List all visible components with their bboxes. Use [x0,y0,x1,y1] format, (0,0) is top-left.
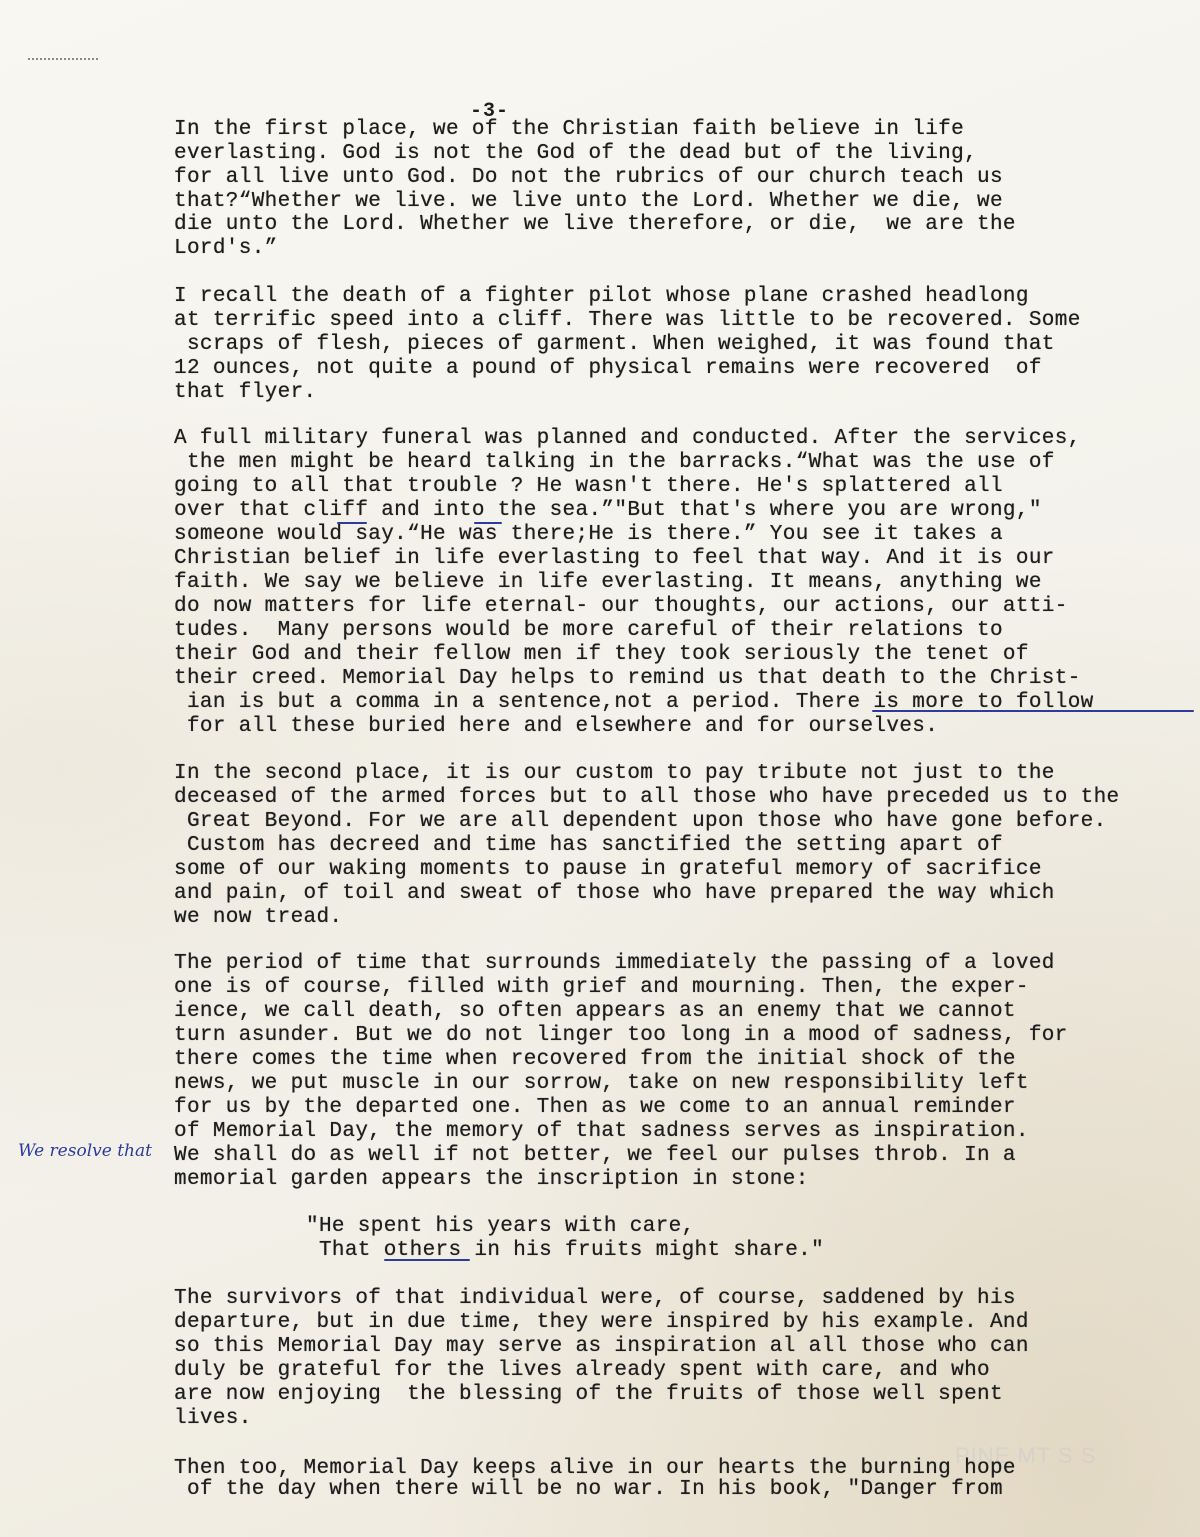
text-line: news, we put muscle in our sorrow, take … [174,1072,1029,1096]
edge-mark [28,58,98,62]
text-line: Christian belief in life everlasting to … [174,547,1055,571]
text-line: In the first place, we of the Christian … [174,118,964,142]
text-line: 12 ounces, not quite a pound of physical… [174,357,1042,381]
ink-underline [474,522,502,524]
text-line: Great Beyond. For we are all dependent u… [174,810,1107,834]
text-line: lives. [174,1407,252,1431]
text-line: ience, we call death, so often appears a… [174,1000,1016,1024]
document-page: -3- In the first place, we of the Christ… [0,0,1200,1537]
text-line: that flyer. [174,381,316,405]
text-line: someone would say.“He was there;He is th… [174,523,1003,547]
text-line: scraps of flesh, pieces of garment. When… [174,333,1055,357]
text-line: duly be grateful for the lives already s… [174,1359,990,1383]
text-line: We shall do as well if not better, we fe… [174,1144,1016,1168]
text-line: for us by the departed one. Then as we c… [174,1096,1016,1120]
text-line: and pain, of toil and sweat of those who… [174,882,1055,906]
text-line: for all live unto God. Do not the rubric… [174,166,1003,190]
text-line: there comes the time when recovered from… [174,1048,1016,1072]
text-line: turn asunder. But we do not linger too l… [174,1024,1068,1048]
margin-handwritten-note: We resolve that [18,1141,152,1161]
text-line: The period of time that surrounds immedi… [174,952,1055,976]
inscription-line: "He spent his years with care, [306,1215,695,1239]
text-line: deceased of the armed forces but to all … [174,786,1120,810]
text-line: some of our waking moments to pause in g… [174,858,1042,882]
text-line: Custom has decreed and time has sanctifi… [174,834,1003,858]
ink-underline [384,1259,470,1261]
text-line: their creed. Memorial Day helps to remin… [174,667,1081,691]
text-line: A full military funeral was planned and … [174,427,1081,451]
text-line: die unto the Lord. Whether we live there… [174,213,1016,237]
text-line: of Memorial Day, the memory of that sadn… [174,1120,1029,1144]
text-line: so this Memorial Day may serve as inspir… [174,1335,1029,1359]
text-line: do now matters for life eternal- our tho… [174,595,1068,619]
text-line: we now tread. [174,906,342,930]
text-line: memorial garden appears the inscription … [174,1168,809,1192]
text-line: departure, but in due time, they were in… [174,1311,1029,1335]
text-line: In the second place, it is our custom to… [174,762,1055,786]
text-line: one is of course, filled with grief and … [174,976,1029,1000]
text-line: for all these buried here and elsewhere … [174,715,938,739]
text-line: of the day when there will be no war. In… [174,1478,1003,1502]
text-line: are now enjoying the blessing of the fru… [174,1383,1003,1407]
text-line: that?“Whether we live. we live unto the … [174,190,1003,214]
ink-underline [337,522,367,524]
text-line: the men might be heard talking in the ba… [174,451,1055,475]
text-line: tudes. Many persons would be more carefu… [174,619,1003,643]
text-line: The survivors of that individual were, o… [174,1287,1016,1311]
text-line: I recall the death of a fighter pilot wh… [174,285,1029,309]
ink-underline [872,710,1194,712]
text-line: going to all that trouble ? He wasn't th… [174,475,1003,499]
text-line: everlasting. God is not the God of the d… [174,142,977,166]
text-line: at terrific speed into a cliff. There wa… [174,309,1081,333]
text-line: faith. We say we believe in life everlas… [174,571,1042,595]
text-line: their God and their fellow men if they t… [174,643,1029,667]
text-line: over that cliff and into the sea.”"But t… [174,499,1042,523]
text-line: Lord's.” [174,237,278,261]
